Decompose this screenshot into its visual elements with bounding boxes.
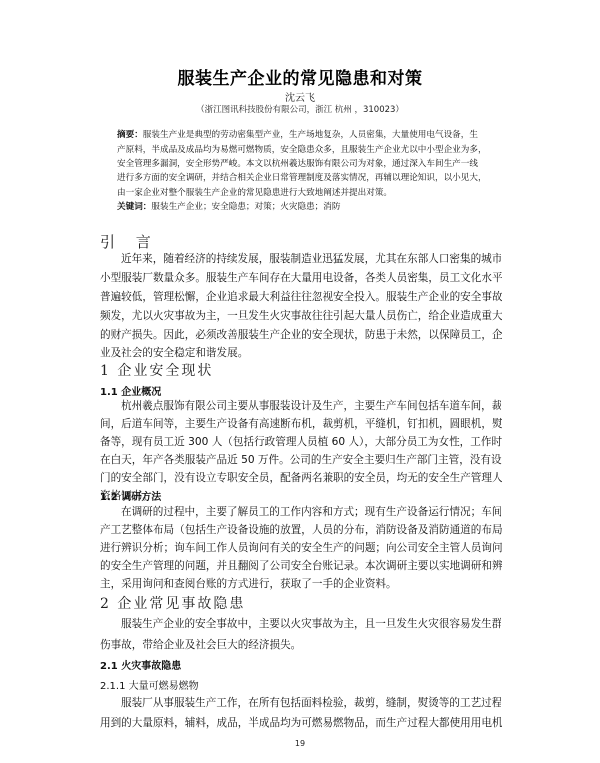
intro-line: 的财产损失。因此，必须改善服装生产企业的安全现状，防患于未然，以保障员工，企 — [100, 328, 502, 342]
section-heading-intro: 引 言 — [100, 231, 159, 252]
subsection-heading-2-1: 2.1 火灾事故隐患 — [100, 657, 181, 672]
section2-line: 伤事故，带给企业及社会巨大的经济损失。 — [100, 638, 502, 652]
section1-1-line: 备等，现有员工近 300 人（包括行政管理人员植 60 人），大部分员工为女性，… — [100, 435, 502, 449]
section1-2-line: 的安全生产管理的问题，并且翻阅了公司安全台账记录。本次调研主要以实地调研和辨识为 — [100, 559, 502, 573]
document-page: 服装生产企业的常见隐患和对策 沈云飞 （浙江图讯科技股份有限公司，浙江 杭州 ，… — [0, 0, 600, 763]
paper-affiliation: （浙江图讯科技股份有限公司，浙江 杭州 ，310023） — [0, 103, 600, 115]
keywords-line: 关键词：服装生产企业；安全隐患；对策；火灾隐患；消防 — [117, 201, 487, 213]
subsubsection-heading-2-1-1: 2.1.1 大量可燃易燃物 — [100, 677, 199, 692]
intro-line: 小型服装厂数量众多。服装生产车间存在大量用电设备，各类人员密集，员工文化水平 — [100, 271, 502, 285]
intro-line: 业及社会的安全稳定和谐发展。 — [100, 346, 502, 360]
section-heading-1: 1 企业安全现状 — [100, 360, 213, 380]
section2-1-1-line: 用到的大量原料，辅料，成品，半成品均为可燃易燃物品，而生产过程大都使用用电机械设 — [100, 716, 502, 730]
paper-title: 服装生产企业的常见隐患和对策 — [0, 64, 600, 89]
keywords-label: 关键词： — [117, 202, 151, 212]
section2-1-1-line: 服装厂从事服装生产工作，在所有包括面料检验，裁剪，缝制，熨烫等的工艺过程冲所 — [121, 696, 501, 710]
abstract-line: 由一家企业对整个服装生产企业的常见隐患进行大致地阐述并提出对策。 — [117, 187, 487, 199]
intro-line: 频发，尤以火灾事故为主，一旦发生火灾事故往往引起大量人员伤亡，给企业造成重大 — [100, 309, 502, 323]
section1-1-line: 门的安全部门，没有设立专职安全员，配备两名兼职的安全员，均无的安全生产管理人员的 — [100, 471, 502, 485]
subsection-heading-1-2: 1.2 调研方法 — [100, 488, 161, 503]
section-heading-2: 2 企业常见事故隐患 — [100, 593, 245, 613]
section1-2-line: 进行辨识分析；询车间工作人员询问有关的安全生产的问题；向公司安全主管人员询问相关 — [100, 541, 502, 555]
section1-2-line: 产工艺整体布局（包括生产设备设施的放置，人员的分布，消防设备及消防通道的布局等） — [100, 523, 502, 537]
paper-author: 沈云飞 — [0, 89, 600, 104]
section1-1-line: 杭州羲点服饰有限公司主要从事服装设计及生产，主要生产车间包括车道车间，裁断车 — [121, 399, 501, 413]
subsection-heading-1-1: 1.1 企业概况 — [100, 383, 161, 398]
page-number: 19 — [0, 739, 600, 748]
intro-line: 普遍较低，管理松懈，企业追求最大利益往往忽视安全投入。服装生产企业的安全事故 — [100, 290, 502, 304]
section1-1-line: 间，后道车间等，主要生产设备有高速断布机，裁剪机，平缝机，钉扣机，圆眼机，熨烫设 — [100, 417, 502, 431]
intro-line: 近年来，随着经济的持续发展，服装制造业迅猛发展，尤其在东部人口密集的城市，中 — [121, 252, 501, 266]
section2-line: 服装生产企业的安全事故中，主要以火灾事故为主，且一旦发生火灾很容易发生群死群 — [121, 617, 501, 631]
abstract-line: 摘要：服装生产业是典型的劳动密集型产业，生产场地复杂，人员密集，大量使用电气设备… — [117, 129, 487, 141]
section1-2-line: 在调研的过程中，主要了解员工的工作内容和方式；现有生产设备运行情况；车间的生 — [121, 505, 501, 519]
keywords-text: 服装生产企业；安全隐患；对策；火灾隐患；消防 — [151, 202, 340, 212]
abstract-line: 产原料，半成品及成品均为易燃可燃物质，安全隐患众多，且服装生产企业尤以中小型企业… — [117, 144, 487, 156]
section1-2-line: 主，采用询问和查阅台账的方式进行，获取了一手的企业资料。 — [100, 577, 502, 591]
abstract-line: 进行多方面的安全调研，并结合相关企业日常管理制度及落实情况，再辅以理论知识，以小… — [117, 172, 487, 184]
abstract-label: 摘要： — [117, 130, 143, 140]
abstract-line: 安全管理多漏洞，安全形势严峻。本文以杭州羲达服饰有限公司为对象，通过深入车间生产… — [117, 158, 487, 170]
section1-1-line: 在白天，年产各类服装产品近 50 万件。公司的生产安全主要归生产部门主管，没有设… — [100, 453, 502, 467]
